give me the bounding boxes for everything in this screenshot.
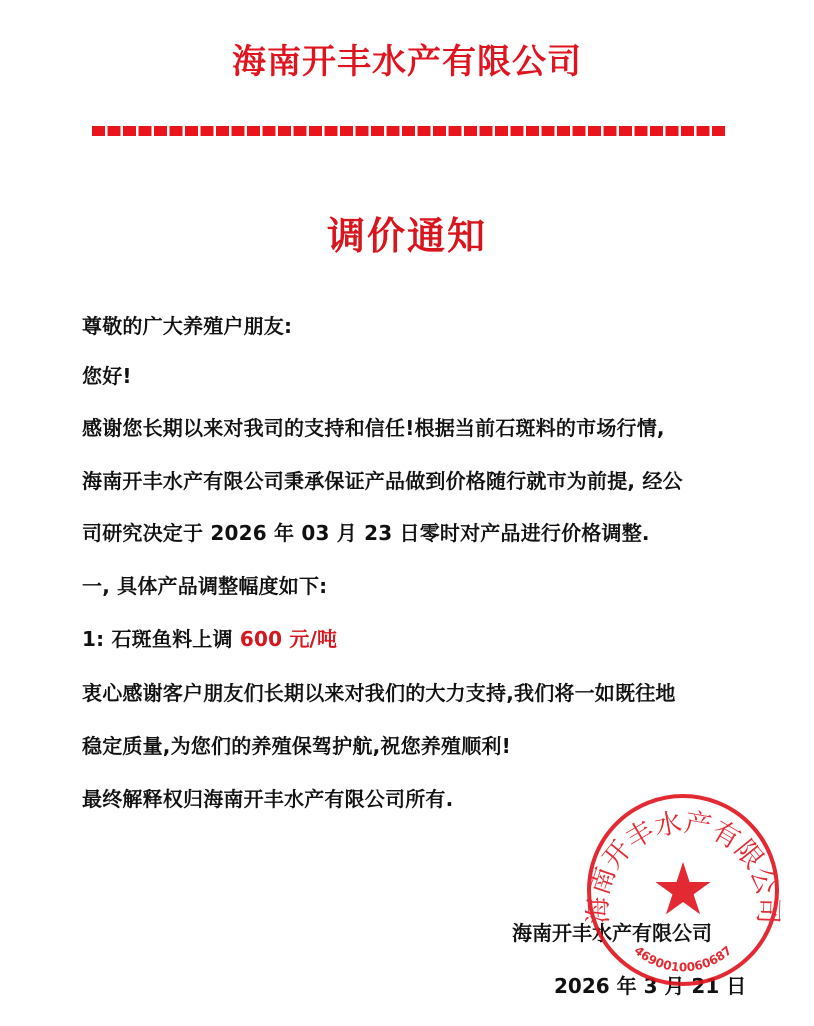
company-seal-stamp: 海南开丰水产有限公司 ★ 4690010060687	[585, 792, 781, 988]
disclaimer: 最终解释权归海南开丰水产有限公司所有.	[82, 783, 453, 812]
price-item: 1: 石斑鱼料上调 600 元/吨	[82, 623, 337, 652]
paragraph-line-1: 感谢您长期以来对我司的支持和信任!根据当前石斑料的市场行情,	[82, 412, 665, 441]
stamp-code: 4690010060687	[632, 943, 735, 974]
salutation: 尊敬的广大养殖户朋友:	[82, 310, 292, 339]
notice-title: 调价通知	[0, 205, 814, 260]
section-heading: 一, 具体产品调整幅度如下:	[82, 570, 327, 599]
paragraph-line-3: 司研究决定于 2026 年 03 月 23 日零时对产品进行价格调整.	[82, 517, 650, 546]
dashed-red-rule	[92, 126, 726, 136]
closing-line-1: 衷心感谢客户朋友们长期以来对我们的大力支持,我们将一如既往地	[82, 677, 676, 706]
price-item-label: 1: 石斑鱼料上调	[82, 627, 240, 651]
stamp-star-icon: ★	[651, 847, 716, 931]
greeting: 您好!	[82, 360, 132, 389]
paragraph-line-2: 海南开丰水产有限公司秉承保证产品做到价格随行就市为前提, 经公	[82, 465, 683, 494]
price-increase-amount: 600 元/吨	[240, 627, 337, 651]
closing-line-2: 稳定质量,为您们的养殖保驾护航,祝您养殖顺利!	[82, 730, 511, 759]
company-header: 海南开丰水产有限公司	[0, 34, 814, 83]
